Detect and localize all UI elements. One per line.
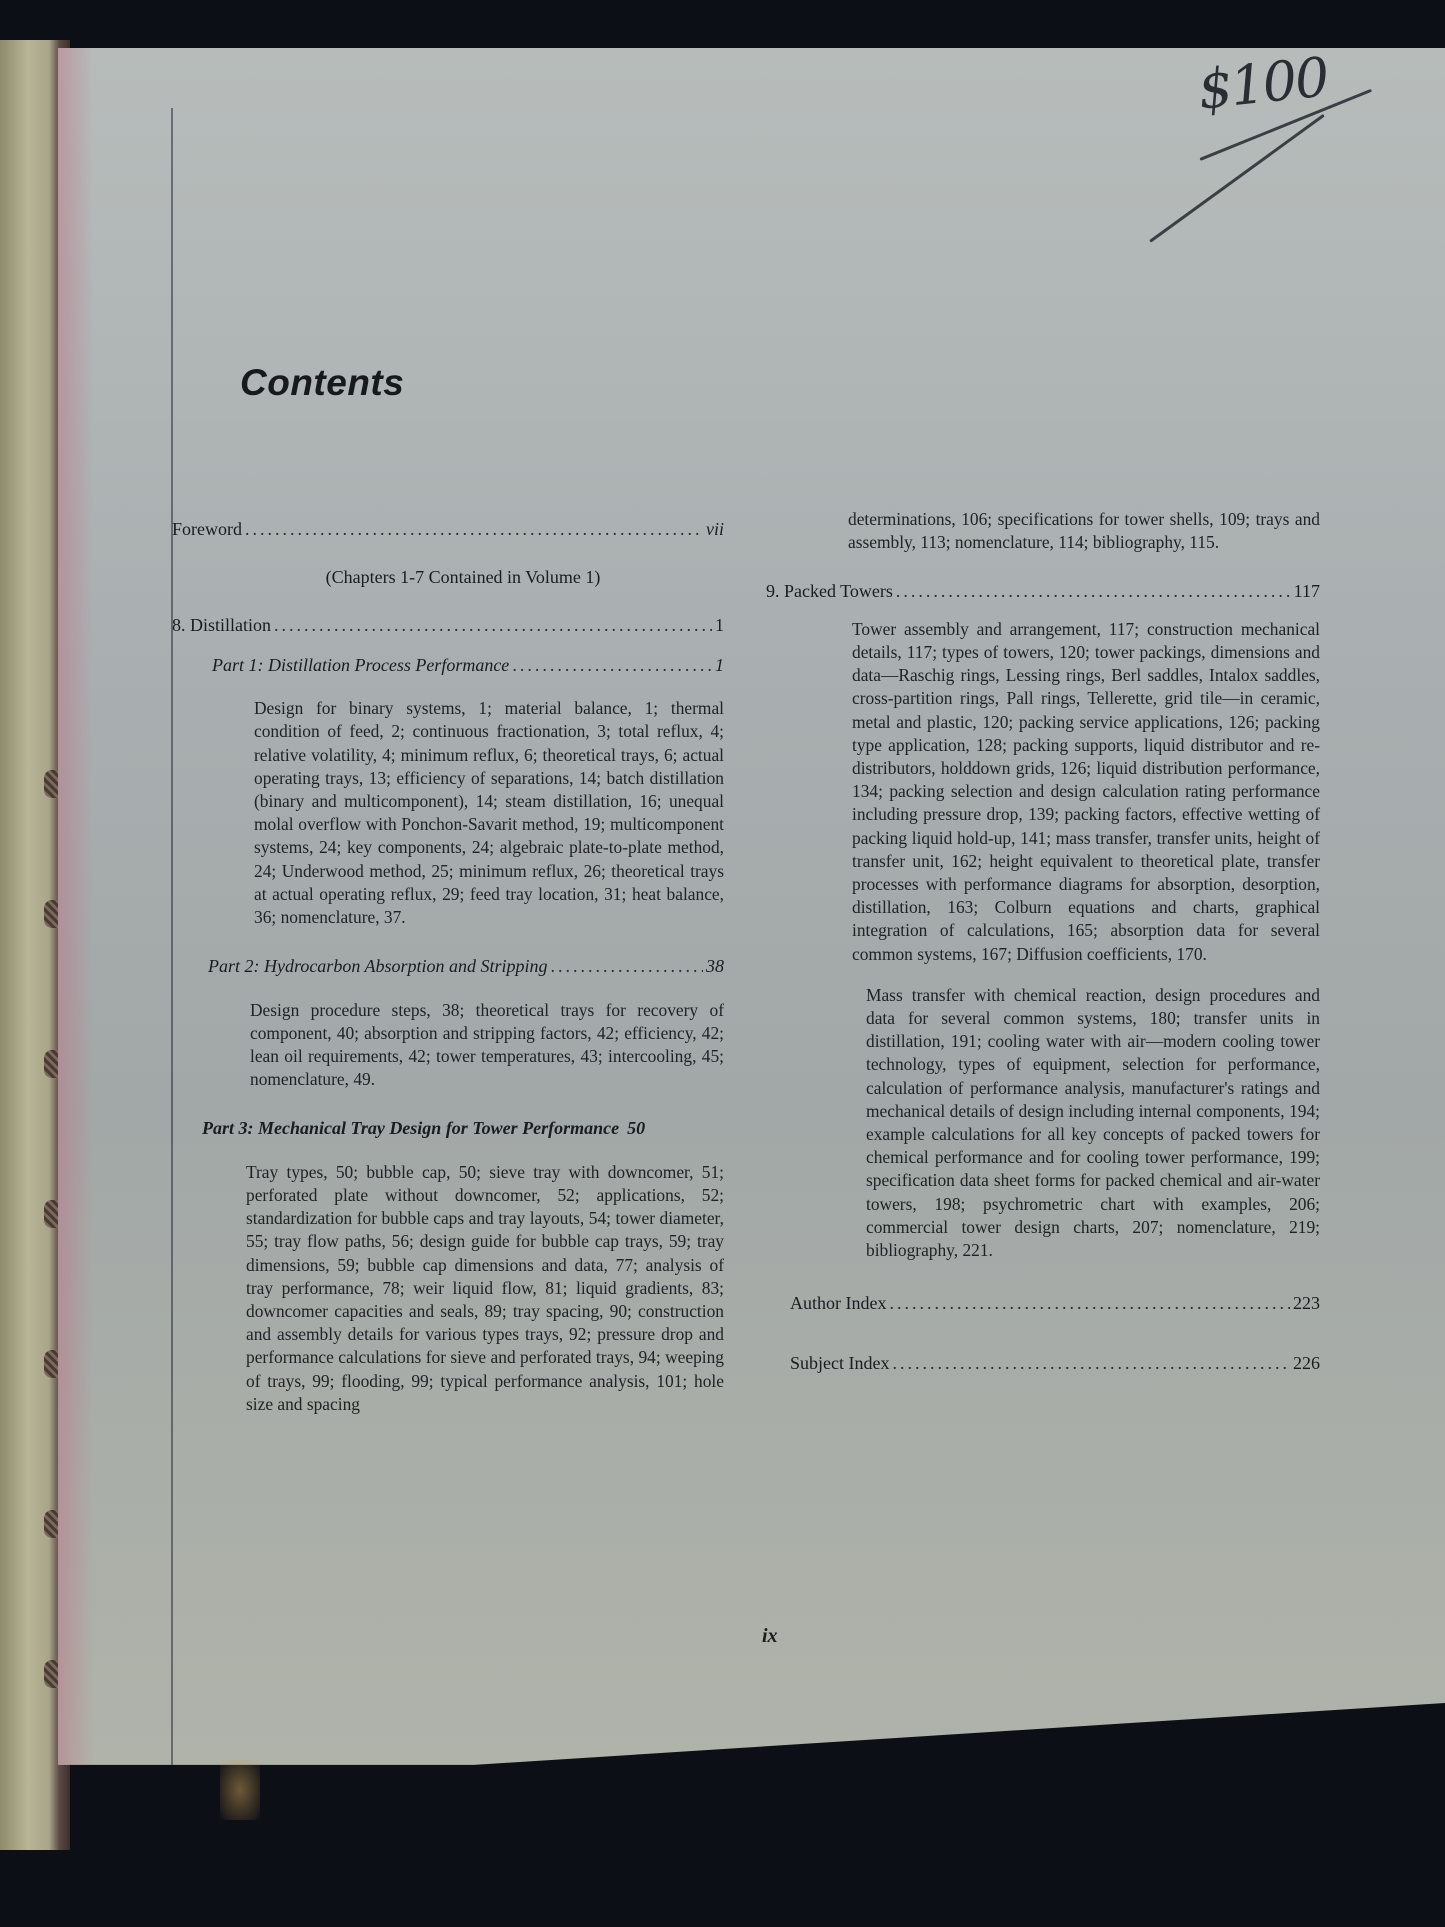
entry-label: Foreword: [172, 518, 242, 541]
part-3-continuation: determinations, 106; specifications for …: [848, 508, 1320, 554]
dot-leader: [512, 654, 712, 677]
toc-entry-chapter-8[interactable]: 8. Distillation 1: [172, 614, 724, 637]
entry-label: Part 2: Hydrocarbon Absorption and Strip…: [208, 955, 548, 978]
entry-label: 8. Distillation: [172, 614, 271, 637]
toc-entry-foreword[interactable]: Foreword vii: [172, 518, 724, 541]
entry-label: Part 1: Distillation Process Performance: [212, 654, 509, 677]
chapter-9-paragraph-2: Mass transfer with chemical reaction, de…: [866, 984, 1320, 1262]
entry-label: Part 3: Mechanical Tray Design for Tower…: [202, 1117, 619, 1140]
dot-leader: [245, 518, 703, 541]
page-number: ix: [762, 1625, 778, 1648]
toc-entry-part-3[interactable]: Part 3: Mechanical Tray Design for Tower…: [202, 1117, 724, 1140]
page-stain: [220, 1760, 260, 1820]
dot-leader: [896, 580, 1291, 603]
entry-page: 50: [627, 1117, 645, 1140]
entry-label: 9. Packed Towers: [766, 580, 893, 603]
part-1-description: Design for binary systems, 1; material b…: [254, 697, 724, 929]
entry-page: 1: [715, 614, 724, 637]
volume-note: (Chapters 1-7 Contained in Volume 1): [172, 567, 724, 588]
toc-entry-author-index[interactable]: Author Index 223: [790, 1292, 1320, 1315]
page-title: Contents: [240, 362, 404, 404]
entry-label: Subject Index: [790, 1352, 889, 1375]
entry-page: 223: [1293, 1292, 1320, 1315]
toc-entry-part-2[interactable]: Part 2: Hydrocarbon Absorption and Strip…: [208, 955, 724, 978]
entry-page: vii: [706, 518, 724, 541]
dot-leader: [274, 614, 712, 637]
left-column: Foreword vii (Chapters 1-7 Contained in …: [172, 518, 724, 1416]
handwritten-price: $100: [1195, 45, 1330, 121]
entry-page: 38: [706, 955, 724, 978]
dot-leader: [551, 955, 703, 978]
chapter-9-paragraph-1: Tower assembly and arrangement, 117; con…: [852, 618, 1320, 966]
entry-label: Author Index: [790, 1292, 886, 1315]
right-column: determinations, 106; specifications for …: [766, 508, 1320, 1375]
dot-leader: [892, 1352, 1290, 1375]
entry-page: 117: [1294, 580, 1320, 603]
part-2-description: Design procedure steps, 38; theoretical …: [250, 999, 724, 1092]
toc-entry-chapter-9[interactable]: 9. Packed Towers 117: [766, 580, 1320, 603]
dot-leader: [889, 1292, 1290, 1315]
entry-page: 1: [715, 654, 724, 677]
toc-entry-subject-index[interactable]: Subject Index 226: [790, 1352, 1320, 1375]
part-3-description: Tray types, 50; bubble cap, 50; sieve tr…: [246, 1161, 724, 1416]
entry-page: 226: [1293, 1352, 1320, 1375]
toc-entry-part-1[interactable]: Part 1: Distillation Process Performance…: [212, 654, 724, 677]
